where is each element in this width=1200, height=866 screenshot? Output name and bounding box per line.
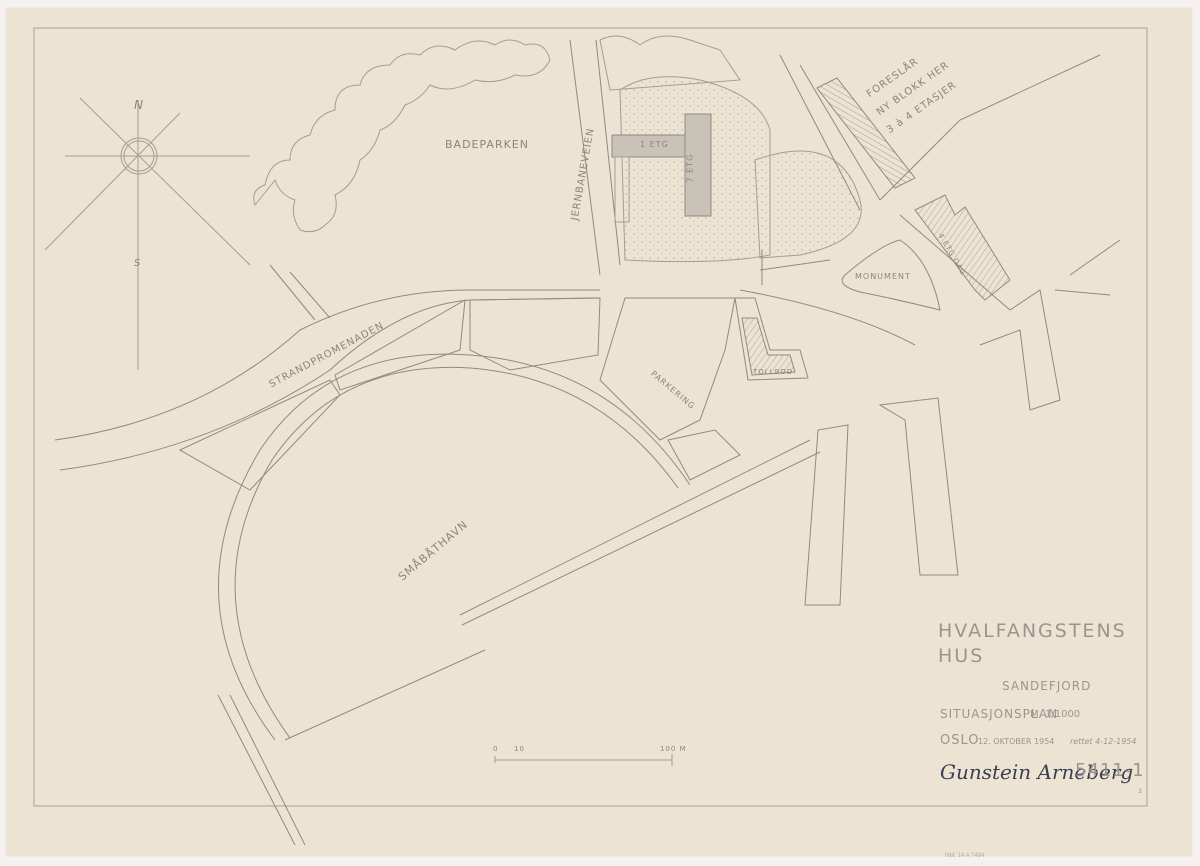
compass-south-mark: S	[134, 258, 141, 269]
title-line-1: HVALFANGSTENS	[938, 620, 1127, 642]
label-monument: MONUMENT	[855, 272, 911, 281]
label-badeparken: BADEPARKEN	[445, 138, 529, 151]
plan-scale: M. 1/1000	[1030, 709, 1080, 720]
tree-line	[254, 40, 550, 232]
drawing-number: 5411-1	[1075, 760, 1145, 781]
label-tollbod: TOLLBOD	[753, 368, 793, 376]
revised-date: rettet 4-12-1954	[1070, 737, 1137, 746]
corner-mark: 3	[1138, 788, 1142, 795]
archive-mark: NM. 14 A 7484	[945, 853, 984, 859]
city: OSLO	[940, 733, 980, 748]
existing-building	[915, 195, 1010, 300]
scale-end: 100 M	[660, 745, 687, 753]
harbour-basin	[218, 354, 690, 740]
label-building-2: 7 ETG	[686, 154, 695, 183]
scale-tick: 10	[514, 745, 525, 753]
title-line-2: HUS	[938, 645, 984, 667]
label-building-1: 1 ETG	[640, 140, 669, 149]
compass-rose	[45, 98, 250, 370]
location: SANDEFJORD	[1002, 679, 1091, 693]
scale-start: 0	[493, 745, 498, 753]
scale-bar	[495, 754, 672, 766]
compass-north-mark: N	[134, 98, 144, 112]
date: 12. OKTOBER 1954	[978, 737, 1054, 746]
